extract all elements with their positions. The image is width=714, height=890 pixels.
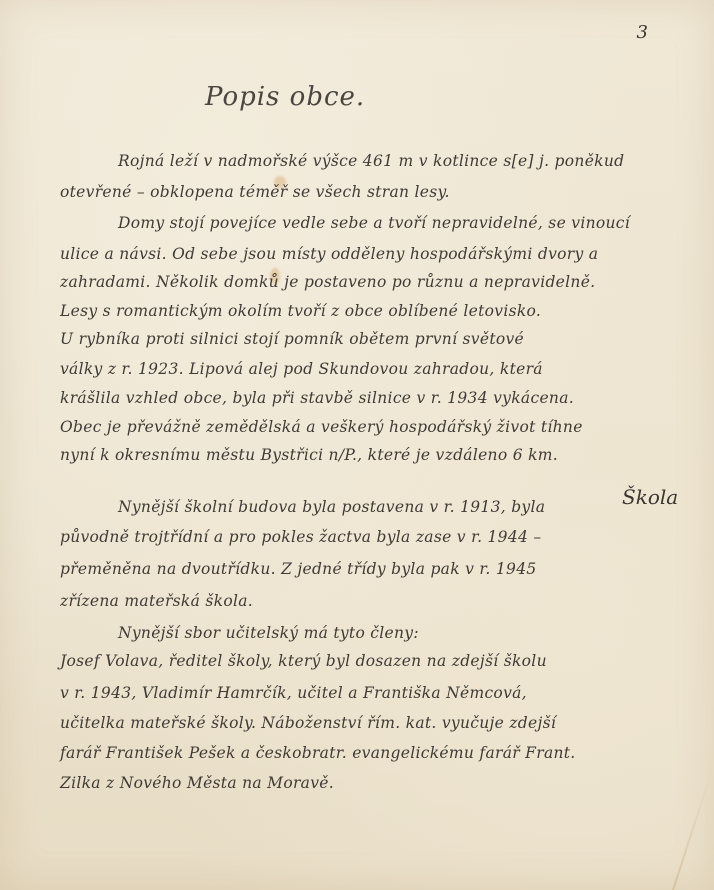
paper-crease xyxy=(672,776,711,890)
text-line: učitelka mateřské školy. Náboženství řím… xyxy=(60,714,556,732)
text-line: přeměněna na dvoutřídku. Z jedné třídy b… xyxy=(60,560,537,578)
text-line: zahradami. Několik domků je postaveno po… xyxy=(60,273,595,291)
text-line: zřízena mateřská škola. xyxy=(60,592,253,610)
text-line: nyní k okresnímu městu Bystřici n/P., kt… xyxy=(60,446,558,464)
text-line: v r. 1943, Vladimír Hamrčík, učitel a Fr… xyxy=(60,684,527,702)
text-line: původně trojtřídní a pro pokles žactva b… xyxy=(60,528,541,546)
text-line: Domy stojí povejíce vedle sebe a tvoří n… xyxy=(118,214,630,232)
text-line: války z r. 1923. Lipová alej pod Skundov… xyxy=(60,360,543,378)
text-line: Nynější školní budova byla postavena v r… xyxy=(118,498,545,516)
text-line: Josef Volava, ředitel školy, který byl d… xyxy=(60,652,547,670)
text-line: krášlila vzhled obce, byla při stavbě si… xyxy=(60,389,574,407)
text-line: Lesy s romantickým okolím tvoří z obce o… xyxy=(60,302,541,320)
page-number: 3 xyxy=(637,22,648,43)
text-line: ulice a návsi. Od sebe jsou místy odděle… xyxy=(60,245,598,263)
text-line: otevřené – obklopena téměř se všech stra… xyxy=(60,183,450,201)
text-line: U rybníka proti silnici stojí pomník obě… xyxy=(60,330,524,348)
text-line: farář František Pešek a českobratr. evan… xyxy=(60,744,576,762)
text-line: Nynější sbor učitelský má tyto členy: xyxy=(118,624,419,642)
text-line: Obec je převážně zemědělská a veškerý ho… xyxy=(60,418,583,436)
page-title: Popis obce. xyxy=(205,82,365,112)
text-line: Rojná leží v nadmořské výšce 461 m v kot… xyxy=(118,152,624,170)
margin-note-skola: Škola xyxy=(622,485,678,509)
text-line: Zilka z Nového Města na Moravě. xyxy=(60,774,334,792)
chronicle-page: 3 Popis obce. Rojná leží v nadmořské výš… xyxy=(0,0,714,890)
